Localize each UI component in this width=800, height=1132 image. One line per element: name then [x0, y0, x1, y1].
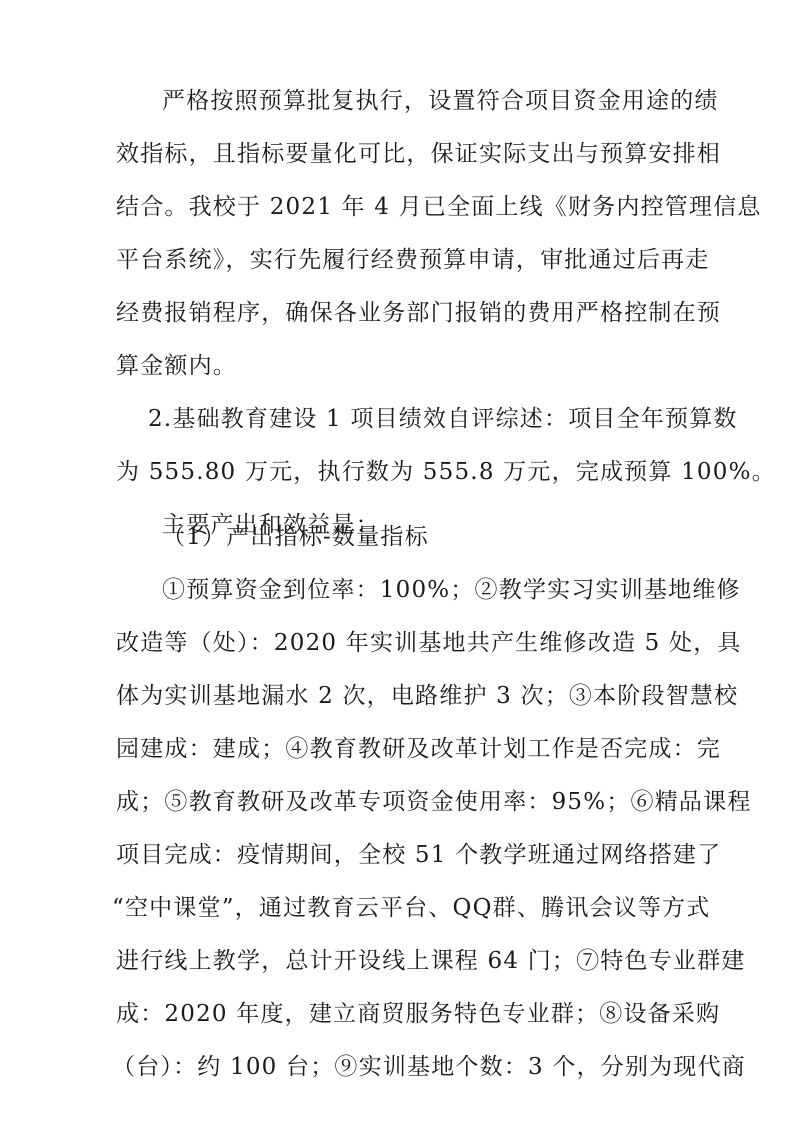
paragraph-line: ①预算资金到位率：100%；②教学实习实训基地维修 — [162, 575, 741, 605]
paragraph-line: 效指标，且指标要量化可比，保证实际支出与预算安排相 — [116, 139, 721, 169]
paragraph-line: 进行线上教学，总计开设线上课程 64 门；⑦特色专业群建 — [116, 946, 746, 976]
subheading-line: （1）产出指标-数量指标 — [162, 522, 429, 552]
paragraph-line: 为 555.80 万元，执行数为 555.8 万元，完成预算 100%。 — [116, 457, 776, 487]
paragraph-line: 体为实训基地漏水 2 次，电路维护 3 次；③本阶段智慧校 — [116, 681, 738, 711]
paragraph-line: 项目完成：疫情期间，全校 51 个教学班通过网络搭建了 — [116, 840, 721, 870]
paragraph-line: 严格按照预算批复执行，设置符合项目资金用途的绩 — [162, 86, 719, 116]
paragraph-line: 结合。我校于 2021 年 4 月已全面上线《财务内控管理信息 — [116, 192, 762, 222]
paragraph-line: 算金额内。 — [116, 351, 237, 381]
paragraph-line: 成：2020 年度，建立商贸服务特色专业群；⑧设备采购 — [116, 999, 720, 1029]
paragraph-line: 成；⑤教育教研及改革专项资金使用率：95%；⑥精品课程 — [116, 787, 752, 817]
section-heading-line: 2.基础教育建设 1 项目绩效自评综述：项目全年预算数 — [148, 404, 738, 434]
document-page: 严格按照预算批复执行，设置符合项目资金用途的绩 效指标，且指标要量化可比，保证实… — [0, 0, 800, 1132]
paragraph-line: （台）：约 100 台；⑨实训基地个数：3 个，分别为现代商 — [112, 1052, 746, 1082]
paragraph-line: 平台系统》，实行先履行经费预算申请，审批通过后再走 — [116, 245, 710, 275]
paragraph-line: “空中课堂”，通过教育云平台、QQ群、腾讯会议等方式 — [112, 893, 710, 923]
paragraph-line: 园建成：建成；④教育教研及改革计划工作是否完成：完 — [116, 734, 721, 764]
paragraph-line: 经费报销程序，确保各业务部门报销的费用严格控制在预 — [116, 298, 721, 328]
paragraph-line: 改造等（处）：2020 年实训基地共产生维修改造 5 处，具 — [116, 628, 742, 658]
